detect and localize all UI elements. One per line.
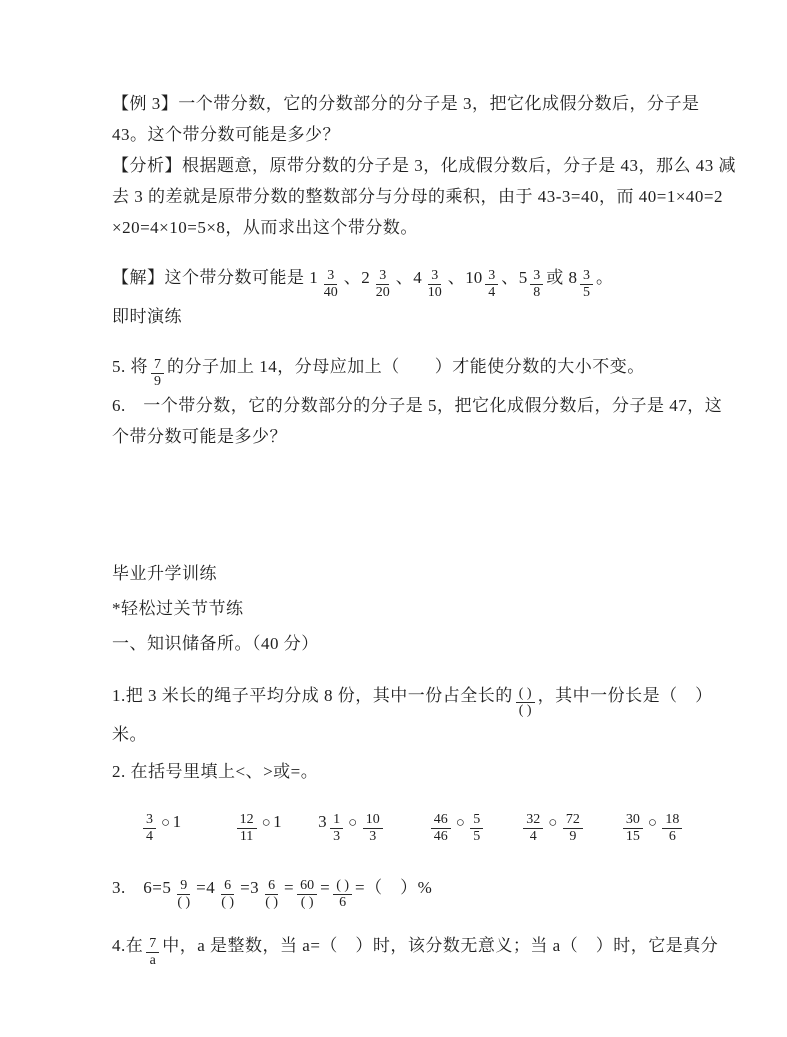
fraction-denominator: 40 xyxy=(321,285,341,301)
fraction: 310 xyxy=(425,268,445,301)
fraction-numerator: 12 xyxy=(237,812,257,829)
fraction: 4646 xyxy=(431,812,451,845)
text-run: 3 xyxy=(318,812,327,831)
fraction-denominator: 4 xyxy=(527,829,540,845)
analysis-line1: 【分析】根据题意，原带分数的分子是 3，化成假分数后，分子是 43，那么 43 … xyxy=(112,150,692,181)
comparison-circle: ○ xyxy=(262,815,272,831)
fraction-denominator: 4 xyxy=(143,829,156,845)
comparison-circle: ○ xyxy=(348,815,358,831)
text-run: ，其中一份长是（ ） xyxy=(538,686,713,705)
text-run: 、 xyxy=(501,268,519,287)
fraction-denominator: ( ) xyxy=(174,895,193,911)
fraction-numerator: 7 xyxy=(151,357,164,374)
fraction-denominator: 6 xyxy=(666,829,679,845)
fraction: 186 xyxy=(662,812,682,845)
text-run: 个带分数可能是多少？ xyxy=(112,427,287,446)
integer-part: 5 xyxy=(519,268,528,287)
fraction: 6( ) xyxy=(262,878,281,911)
fraction: ( )( ) xyxy=(516,686,535,719)
fraction-denominator: ( ) xyxy=(218,895,237,911)
solution-line: 【解】这个带分数可能是 1340、2320、4310、1034、538或 835… xyxy=(112,243,692,301)
fraction-numerator: 72 xyxy=(563,812,583,829)
comparison-circle: ○ xyxy=(456,815,466,831)
question-6-line1: 6. 一个带分数，它的分数部分的分子是 5，把它化成假分数后，分子是 47，这 xyxy=(112,390,692,421)
comparison-circle: ○ xyxy=(161,815,171,831)
fraction: ( )6 xyxy=(333,878,352,911)
text-run: 1 xyxy=(273,812,282,831)
fraction-denominator: 3 xyxy=(366,829,379,845)
question-6-line2: 个带分数可能是多少？ xyxy=(112,421,692,452)
text-run: 或 xyxy=(546,268,568,287)
text-run: 一、知识储备所。（40 分） xyxy=(112,634,319,653)
fraction-numerator: 60 xyxy=(297,878,317,895)
fraction: 320 xyxy=(373,268,393,301)
text-run: 1.把 3 米长的绳子平均分成 8 份，其中一份占全长的 xyxy=(112,686,513,705)
fraction: 729 xyxy=(563,812,583,845)
q2-prompt: 2. 在括号里填上<、>或=。 xyxy=(112,756,692,787)
worksheet-page: 【例 3】一个带分数，它的分数部分的分子是 3，把它化成假分数后，分子是43。这… xyxy=(0,0,787,1037)
text-run: 【分析】根据题意，原带分数的分子是 3，化成假分数后，分子是 43，那么 43 … xyxy=(112,156,736,175)
fraction: 103 xyxy=(363,812,383,845)
comparison-circle: ○ xyxy=(548,815,558,831)
text-run: 、 xyxy=(448,268,466,287)
instant-practice-heading: 即时演练 xyxy=(112,301,692,332)
fraction: 34 xyxy=(143,812,156,845)
text-run: =3 xyxy=(240,878,259,897)
fraction-denominator: 6 xyxy=(336,895,349,911)
q1-line1: 1.把 3 米长的绳子平均分成 8 份，其中一份占全长的( )( )，其中一份长… xyxy=(112,661,692,719)
comparison-circle: ○ xyxy=(648,815,658,831)
fraction: 35 xyxy=(580,268,593,301)
fraction-numerator: 10 xyxy=(363,812,383,829)
q2-comparisons: 34○11211○1313○1034646○55324○7293015○186 xyxy=(112,787,692,845)
mixed-number: 2320 xyxy=(361,268,396,287)
question-5: 5. 将79的分子加上 14，分母应加上（ ）才能使分数的大小不变。 xyxy=(112,332,692,390)
text-run: = xyxy=(320,878,330,897)
text-run: 3. 6=5 xyxy=(112,878,171,897)
analysis-line3: ×20=4×10=5×8，从而求出这个带分数。 xyxy=(112,212,692,243)
text-run: = xyxy=(284,878,294,897)
example3-line2: 43。这个带分数可能是多少？ xyxy=(112,119,692,150)
fraction-numerator: 3 xyxy=(428,268,441,285)
fraction-numerator: 7 xyxy=(146,936,159,953)
fraction-numerator: 5 xyxy=(470,812,483,829)
section-title: 毕业升学训练 xyxy=(112,556,692,591)
fraction: 7a xyxy=(146,936,159,969)
fraction-denominator: 4 xyxy=(485,285,498,301)
text-run: =（ ）% xyxy=(355,878,432,897)
fraction: 3015 xyxy=(623,812,643,845)
fraction-numerator: 30 xyxy=(623,812,643,829)
fraction: 340 xyxy=(321,268,341,301)
fraction: 55 xyxy=(470,812,483,845)
fraction-denominator: 5 xyxy=(470,829,483,845)
fraction-numerator: 32 xyxy=(523,812,543,829)
fraction: 6( ) xyxy=(218,878,237,911)
part1-heading: 一、知识储备所。（40 分） xyxy=(112,626,692,661)
text-run: 【解】这个带分数可能是 xyxy=(112,268,309,287)
fraction-denominator: 5 xyxy=(580,285,593,301)
document-body: 【例 3】一个带分数，它的分数部分的分子是 3，把它化成假分数后，分子是43。这… xyxy=(112,88,692,969)
fraction-numerator: 18 xyxy=(662,812,682,829)
mixed-number: 835 xyxy=(569,268,597,287)
text-run: 【例 3】一个带分数，它的分数部分的分子是 3，把它化成假分数后，分子是 xyxy=(112,94,700,113)
text-run: 即时演练 xyxy=(112,307,182,326)
text-run: 。 xyxy=(596,268,614,287)
text-run: 的分子加上 14，分母应加上（ ）才能使分数的大小不变。 xyxy=(167,357,645,376)
text-run: 43。这个带分数可能是多少？ xyxy=(112,125,340,144)
integer-part: 4 xyxy=(413,268,422,287)
text-run: 去 3 的差就是原带分数的整数部分与分母的乘积，由于 43-3=40，而 40=… xyxy=(112,187,723,206)
fraction-denominator: 9 xyxy=(151,374,164,390)
fraction-denominator: a xyxy=(147,953,159,969)
fraction-denominator: 10 xyxy=(425,285,445,301)
text-run: 6. 一个带分数，它的分数部分的分子是 5，把它化成假分数后，分子是 47，这 xyxy=(112,396,722,415)
q1-line2: 米。 xyxy=(112,719,692,750)
text-run: ×20=4×10=5×8，从而求出这个带分数。 xyxy=(112,218,418,237)
analysis-line2: 去 3 的差就是原带分数的整数部分与分母的乘积，由于 43-3=40，而 40=… xyxy=(112,181,692,212)
fraction: 34 xyxy=(485,268,498,301)
mixed-number: 4310 xyxy=(413,268,448,287)
fraction-denominator: ( ) xyxy=(298,895,317,911)
mixed-number: 1034 xyxy=(465,268,501,287)
fraction-denominator: 3 xyxy=(330,829,343,845)
fraction-denominator: ( ) xyxy=(516,703,535,719)
text-run: 5. 将 xyxy=(112,357,148,376)
fraction: 13 xyxy=(330,812,343,845)
fraction-numerator: 9 xyxy=(177,878,190,895)
fraction-numerator: 3 xyxy=(485,268,498,285)
text-run: 2. 在括号里填上<、>或=。 xyxy=(112,762,318,781)
fraction-numerator: 3 xyxy=(530,268,543,285)
text-run: 米。 xyxy=(112,725,147,744)
fraction-denominator: 20 xyxy=(373,285,393,301)
text-run: 中，a 是整数，当 a=（ ）时，该分数无意义；当 a（ ）时，它是真分 xyxy=(162,936,718,955)
subsection-title: *轻松过关节节练 xyxy=(112,591,692,626)
fraction-numerator: 6 xyxy=(265,878,278,895)
integer-part: 10 xyxy=(465,268,482,287)
fraction: 60( ) xyxy=(297,878,317,911)
mixed-number: 538 xyxy=(519,268,547,287)
example3-line1: 【例 3】一个带分数，它的分数部分的分子是 3，把它化成假分数后，分子是 xyxy=(112,88,692,119)
text-run: 4.在 xyxy=(112,936,143,955)
text-run: =4 xyxy=(196,878,215,897)
fraction: 9( ) xyxy=(174,878,193,911)
fraction-numerator: 1 xyxy=(330,812,343,829)
fraction-denominator: 9 xyxy=(566,829,579,845)
text-run: 毕业升学训练 xyxy=(112,564,217,583)
fraction-denominator: 46 xyxy=(431,829,451,845)
integer-part: 2 xyxy=(361,268,370,287)
fraction-numerator: 3 xyxy=(580,268,593,285)
text-run: 、 xyxy=(344,268,362,287)
fraction-denominator: ( ) xyxy=(262,895,281,911)
integer-part: 8 xyxy=(569,268,578,287)
text-run: 、 xyxy=(396,268,414,287)
integer-part: 1 xyxy=(309,268,318,287)
fraction-numerator: 3 xyxy=(324,268,337,285)
fraction-numerator: 3 xyxy=(376,268,389,285)
fraction-numerator: 6 xyxy=(221,878,234,895)
fraction-denominator: 11 xyxy=(237,829,256,845)
fraction: 38 xyxy=(530,268,543,301)
fraction: 1211 xyxy=(237,812,257,845)
fraction-numerator: 3 xyxy=(143,812,156,829)
q4-line: 4.在7a中，a 是整数，当 a=（ ）时，该分数无意义；当 a（ ）时，它是真… xyxy=(112,911,692,969)
fraction-numerator: 46 xyxy=(431,812,451,829)
fraction-numerator: ( ) xyxy=(516,686,535,703)
fraction-denominator: 8 xyxy=(530,285,543,301)
text-run: *轻松过关节节练 xyxy=(112,599,244,618)
text-run: 1 xyxy=(173,812,182,831)
mixed-number: 1340 xyxy=(309,268,344,287)
fraction-numerator: ( ) xyxy=(333,878,352,895)
fraction-denominator: 15 xyxy=(623,829,643,845)
fraction: 324 xyxy=(523,812,543,845)
fraction: 79 xyxy=(151,357,164,390)
q3-line: 3. 6=59( )=46( )=36( )=60( )=( )6=（ ）% xyxy=(112,853,692,911)
